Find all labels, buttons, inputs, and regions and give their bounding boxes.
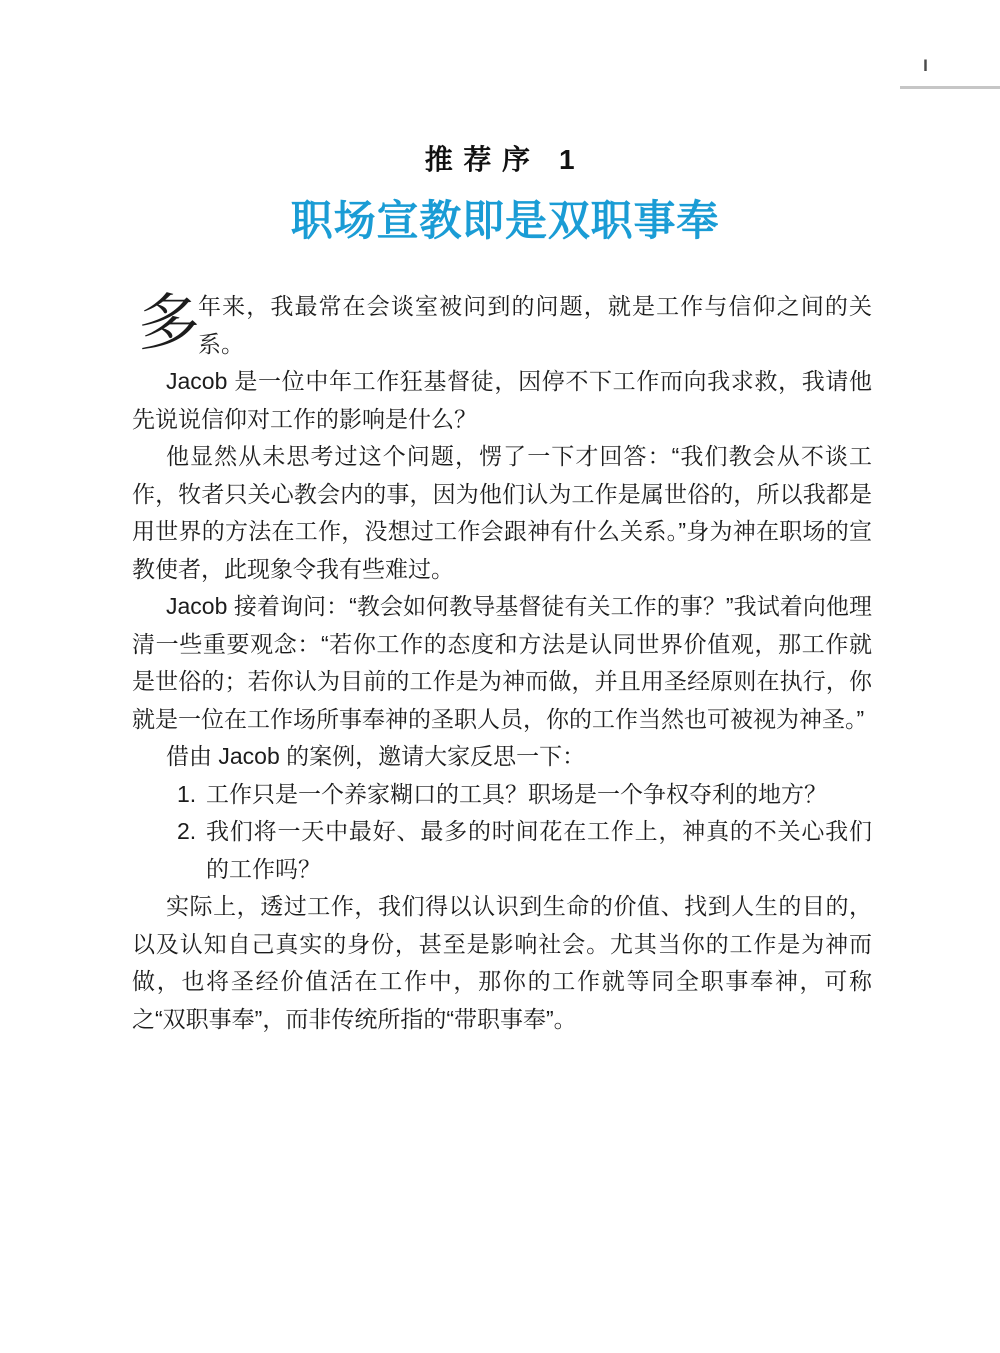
list-lead-in: 借由 Jacob 的案例，邀请大家反思一下： <box>132 738 872 776</box>
article-body: 多 年来，我最常在会谈室被问到的问题，就是工作与信仰之间的关系。 Jacob 是… <box>132 288 872 1038</box>
chapter-title: 职场宣教即是双职事奉 <box>102 188 908 248</box>
list-item-marker: 1. <box>177 776 196 814</box>
list-item: 1. 工作只是一个养家糊口的工具？职场是一个争权夺利的地方？ <box>132 776 872 814</box>
page-number: I <box>916 56 936 76</box>
header-rule <box>900 86 1000 89</box>
opening-text: 年来，我最常在会谈室被问到的问题，就是工作与信仰之间的关系。 <box>198 293 872 357</box>
closing-paragraph: 实际上，透过工作，我们得以认识到生命的价值、找到人生的目的，以及认知自己真实的身… <box>132 888 872 1038</box>
list-item-text: 我们将一天中最好、最多的时间花在工作上，神真的不关心我们的工作吗？ <box>206 818 872 882</box>
list-item-text: 工作只是一个养家糊口的工具？职场是一个争权夺利的地方？ <box>206 781 827 807</box>
book-page: I 推荐序 1 职场宣教即是双职事奉 多 年来，我最常在会谈室被问到的问题，就是… <box>0 0 1000 1353</box>
dropcap-character: 多 <box>138 290 190 362</box>
paragraph: Jacob 是一位中年工作狂基督徒，因停不下工作而向我求救，我请他先说说信仰对工… <box>132 363 872 438</box>
section-kicker: 推荐序 1 <box>132 138 878 178</box>
list-item: 2. 我们将一天中最好、最多的时间花在工作上，神真的不关心我们的工作吗？ <box>132 813 872 888</box>
opening-paragraph: 多 年来，我最常在会谈室被问到的问题，就是工作与信仰之间的关系。 <box>132 288 872 363</box>
list-item-marker: 2. <box>177 813 196 851</box>
paragraph: 他显然从未思考过这个问题，愣了一下才回答：“我们教会从不谈工作，牧者只关心教会内… <box>132 438 872 588</box>
paragraph: Jacob 接着询问：“教会如何教导基督徒有关工作的事？”我试着向他理清一些重要… <box>132 588 872 738</box>
